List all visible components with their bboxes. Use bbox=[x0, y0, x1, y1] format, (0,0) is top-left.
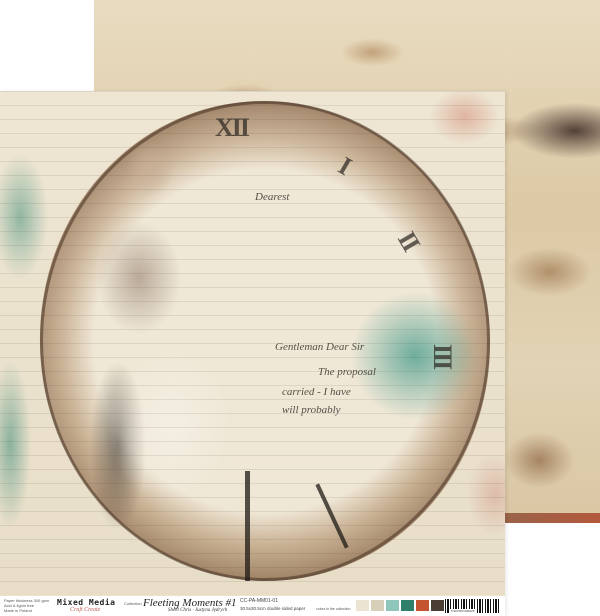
paper-description: 30.5x30.5cm double sided paper bbox=[240, 606, 305, 611]
clock-hand bbox=[315, 483, 348, 548]
paper-specs: Paper thickness 300 gsm Acid & lignin fr… bbox=[4, 598, 49, 613]
handwriting-line: The proposal bbox=[318, 366, 376, 378]
product-info-strip: Paper thickness 300 gsm Acid & lignin fr… bbox=[0, 596, 505, 616]
handwriting-line: Gentleman Dear Sir bbox=[275, 341, 364, 353]
color-swatches bbox=[356, 600, 444, 611]
collection-label: Collection bbox=[124, 601, 142, 606]
swatch-label: colors in the collection bbox=[316, 607, 350, 611]
barcode-number: 5 907453 640225 bbox=[450, 609, 475, 613]
teal-paint-splash bbox=[350, 291, 480, 421]
clock-face bbox=[24, 91, 505, 596]
color-swatch bbox=[371, 600, 384, 611]
brand-logo: Mixed Media bbox=[57, 598, 115, 607]
numeral-xii: XII bbox=[215, 113, 248, 143]
spec-origin: Made in Poland bbox=[4, 608, 49, 613]
girl-sketch-illustration bbox=[55, 131, 265, 551]
numeral-iii: III bbox=[427, 344, 457, 368]
clock-pendulum bbox=[245, 471, 250, 581]
front-paper-sheet: XII I II III Dearest Gentleman Dear Sir … bbox=[0, 91, 505, 616]
designer-credits: Sheet Chris · Justyna Jędrych bbox=[168, 608, 227, 613]
handwriting-line: carried - I have bbox=[282, 386, 351, 398]
numeral-ii: II bbox=[391, 226, 425, 255]
product-code: CC-PA-MM01-01 bbox=[240, 598, 278, 604]
clock-ring bbox=[40, 101, 490, 581]
color-swatch bbox=[356, 600, 369, 611]
color-swatch bbox=[431, 600, 444, 611]
color-swatch bbox=[416, 600, 429, 611]
handwriting-line: Dearest bbox=[255, 191, 289, 203]
color-swatch bbox=[401, 600, 414, 611]
handwriting-line: will probably bbox=[282, 404, 341, 416]
front-sheet-artwork: XII I II III Dearest Gentleman Dear Sir … bbox=[0, 91, 505, 595]
color-swatch bbox=[386, 600, 399, 611]
numeral-i: I bbox=[333, 151, 355, 181]
brand-subtitle: Craft Create bbox=[70, 607, 100, 613]
